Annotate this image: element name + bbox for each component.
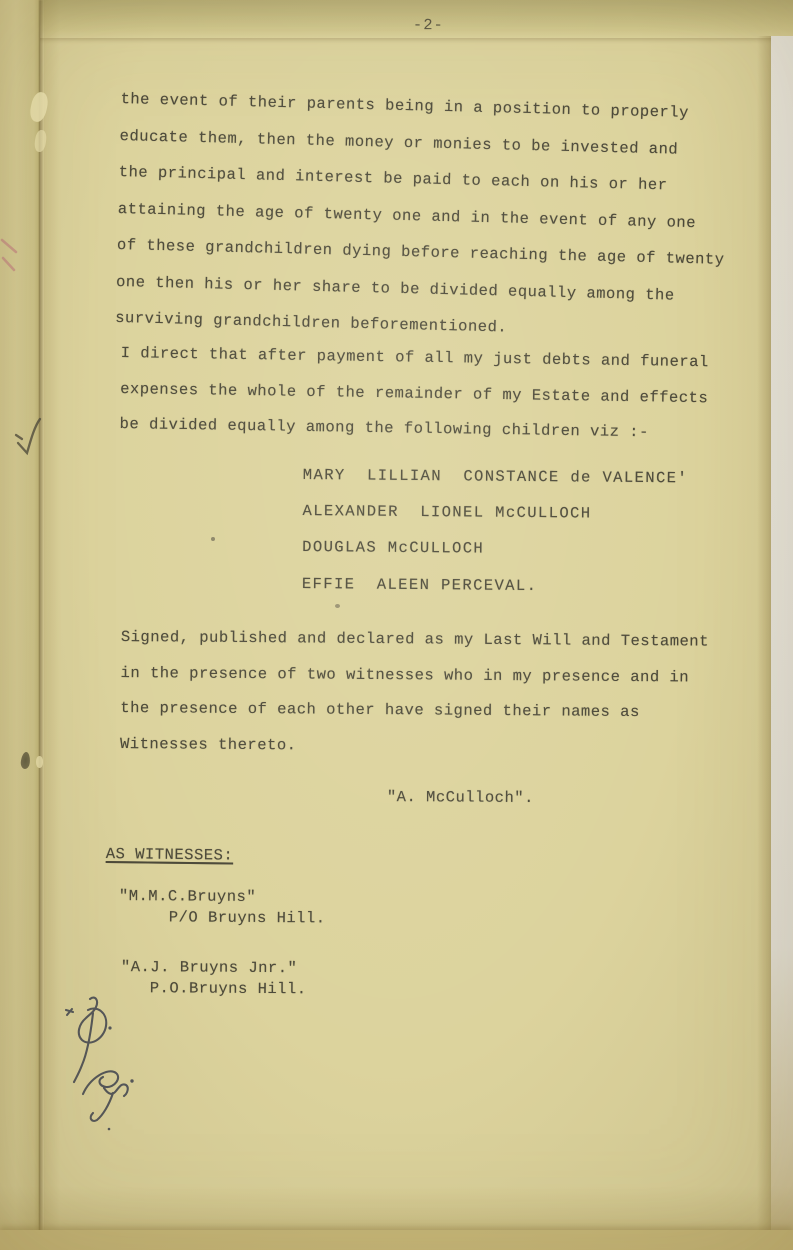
- will-line: Witnesses thereto.: [120, 727, 708, 767]
- pen-dot: [108, 1128, 111, 1131]
- children-names-list: MARY LILLIAN CONSTANCE de VALENCE' ALEXA…: [302, 457, 689, 605]
- page-bottom-edge-band: [0, 1230, 793, 1250]
- will-line: the presence of each other have signed t…: [120, 691, 708, 731]
- backing-surface-strip: [771, 36, 793, 1250]
- testator-signature: "A. McCulloch".: [387, 779, 534, 817]
- attestation-paragraph: Signed, published and declared as my Las…: [120, 620, 709, 767]
- margin-check-mark: [14, 415, 44, 455]
- bottom-shadow: [0, 1186, 793, 1232]
- pen-tick-mark: [66, 1009, 73, 1015]
- pen-dot: [108, 1026, 111, 1029]
- will-line: Signed, published and declared as my Las…: [121, 620, 709, 660]
- child-name: ALEXANDER LIONEL McCULLOCH: [302, 493, 688, 533]
- witnesses-heading-text: AS WITNESSES:: [106, 836, 234, 874]
- witness-1-name: "M.M.C.Bruyns": [119, 886, 326, 908]
- red-pencil-mark: [0, 232, 20, 276]
- witness-1-address: P/O Bruyns Hill.: [119, 907, 326, 929]
- child-name: EFFIE ALEEN PERCEVAL.: [302, 566, 688, 606]
- bequest-paragraph: the event of their parents being in a po…: [115, 81, 729, 351]
- pen-descender: [74, 1013, 93, 1082]
- scanned-will-page: -2- the event of their parents being in …: [0, 0, 793, 1250]
- child-name: DOUGLAS McCULLOCH: [302, 529, 688, 569]
- residue-paragraph: I direct that after payment of all my ju…: [119, 336, 709, 452]
- paper-notch: [36, 756, 43, 768]
- pen-tail: [91, 1093, 113, 1121]
- pen-flourish: [83, 1071, 118, 1094]
- will-line: in the presence of two witnesses who in …: [120, 656, 708, 696]
- child-name: MARY LILLIAN CONSTANCE de VALENCE': [303, 457, 689, 497]
- witnesses-heading: AS WITNESSES:: [106, 836, 234, 874]
- page-number: -2-: [413, 16, 444, 34]
- witness-2-name: "A.J. Bruyns Jnr.": [121, 957, 307, 979]
- testator-signature-text: "A. McCulloch".: [387, 779, 534, 817]
- dust-speck: [211, 537, 215, 541]
- dust-speck: [335, 604, 340, 608]
- witness-1-block: "M.M.C.Bruyns" P/O Bruyns Hill.: [119, 886, 326, 929]
- handwritten-initials: [52, 993, 162, 1143]
- left-binding-strip: [0, 0, 40, 1250]
- page-top-edge-band: [0, 0, 793, 38]
- pen-dot: [130, 1079, 133, 1082]
- page-number-text: -2-: [413, 16, 444, 34]
